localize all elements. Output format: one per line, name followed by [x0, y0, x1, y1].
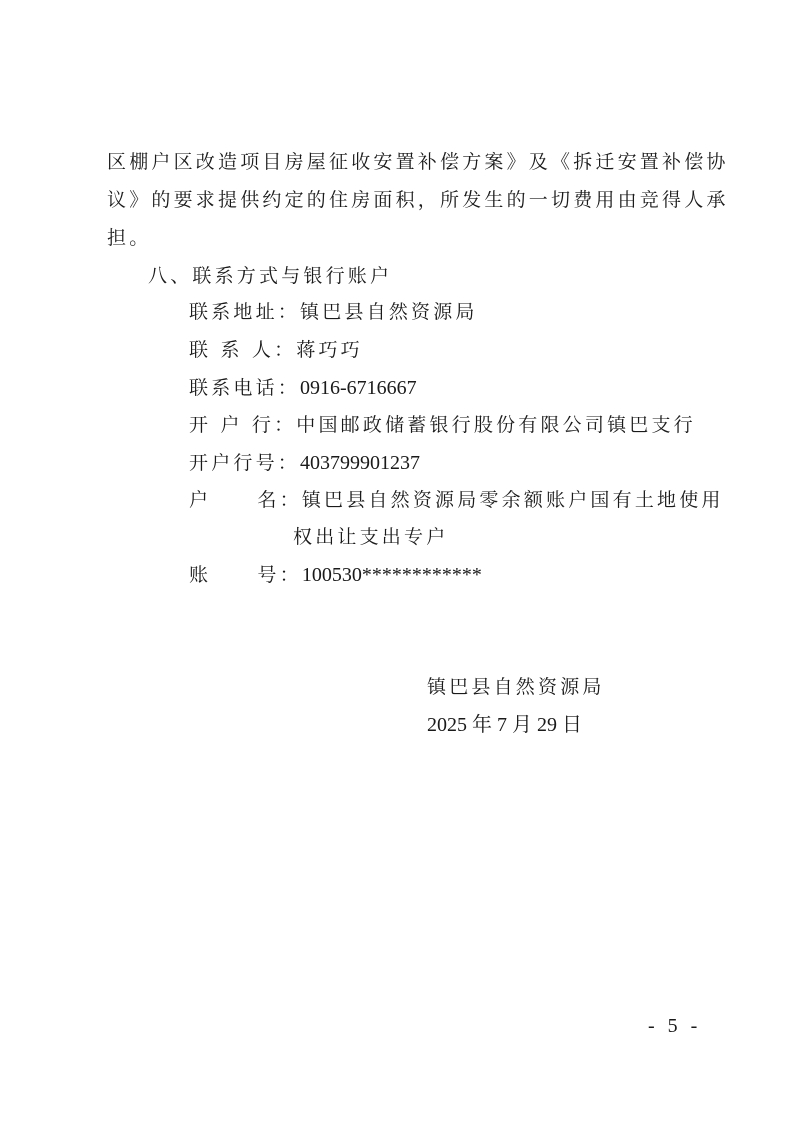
paragraph-line-2: 议》的要求提供约定的住房面积，所发生的一切费用由竞得人承 — [107, 188, 729, 212]
bank-value: 中国邮政储蓄银行股份有限公司镇巴支行 — [296, 414, 696, 436]
paragraph-line-3: 担。 — [107, 226, 151, 250]
bank-number-row: 开户行号：403799901237 — [189, 451, 420, 475]
contact-person-label: 联 系 人： — [189, 338, 296, 362]
contact-address-value: 镇巴县自然资源局 — [300, 301, 478, 323]
contact-person-row: 联 系 人：蒋巧巧 — [189, 338, 363, 362]
contact-phone-value: 0916-6716667 — [300, 377, 417, 399]
signature-org: 镇巴县自然资源局 — [427, 675, 605, 699]
bank-number-value: 403799901237 — [300, 452, 420, 474]
account-number-value: 100530************ — [302, 564, 482, 586]
contact-address-row: 联系地址：镇巴县自然资源局 — [189, 300, 478, 324]
section-heading: 八、联系方式与银行账户 — [148, 264, 392, 288]
bank-label: 开 户 行： — [189, 413, 296, 437]
contact-address-label: 联系地址： — [189, 300, 300, 324]
account-name-value-line1: 镇巴县自然资源局零余额账户国有土地使用 — [302, 489, 724, 511]
contact-phone-row: 联系电话：0916-6716667 — [189, 376, 417, 400]
account-name-label: 户 名： — [189, 488, 302, 512]
bank-number-label: 开户行号： — [189, 451, 300, 475]
account-name-value-line2: 权出让支出专户 — [293, 525, 448, 549]
paragraph-line-1: 区棚户区改造项目房屋征收安置补偿方案》及《拆迁安置补偿协 — [107, 150, 729, 174]
account-number-row: 账 号：100530************ — [189, 563, 482, 587]
bank-row: 开 户 行：中国邮政储蓄银行股份有限公司镇巴支行 — [189, 413, 696, 437]
account-number-label: 账 号： — [189, 563, 302, 587]
signature-date: 2025 年 7 月 29 日 — [427, 713, 582, 737]
page-number: - 5 - — [648, 1015, 701, 1038]
contact-phone-label: 联系电话： — [189, 376, 300, 400]
contact-person-value: 蒋巧巧 — [296, 339, 363, 361]
account-name-row: 户 名：镇巴县自然资源局零余额账户国有土地使用 — [189, 488, 724, 512]
